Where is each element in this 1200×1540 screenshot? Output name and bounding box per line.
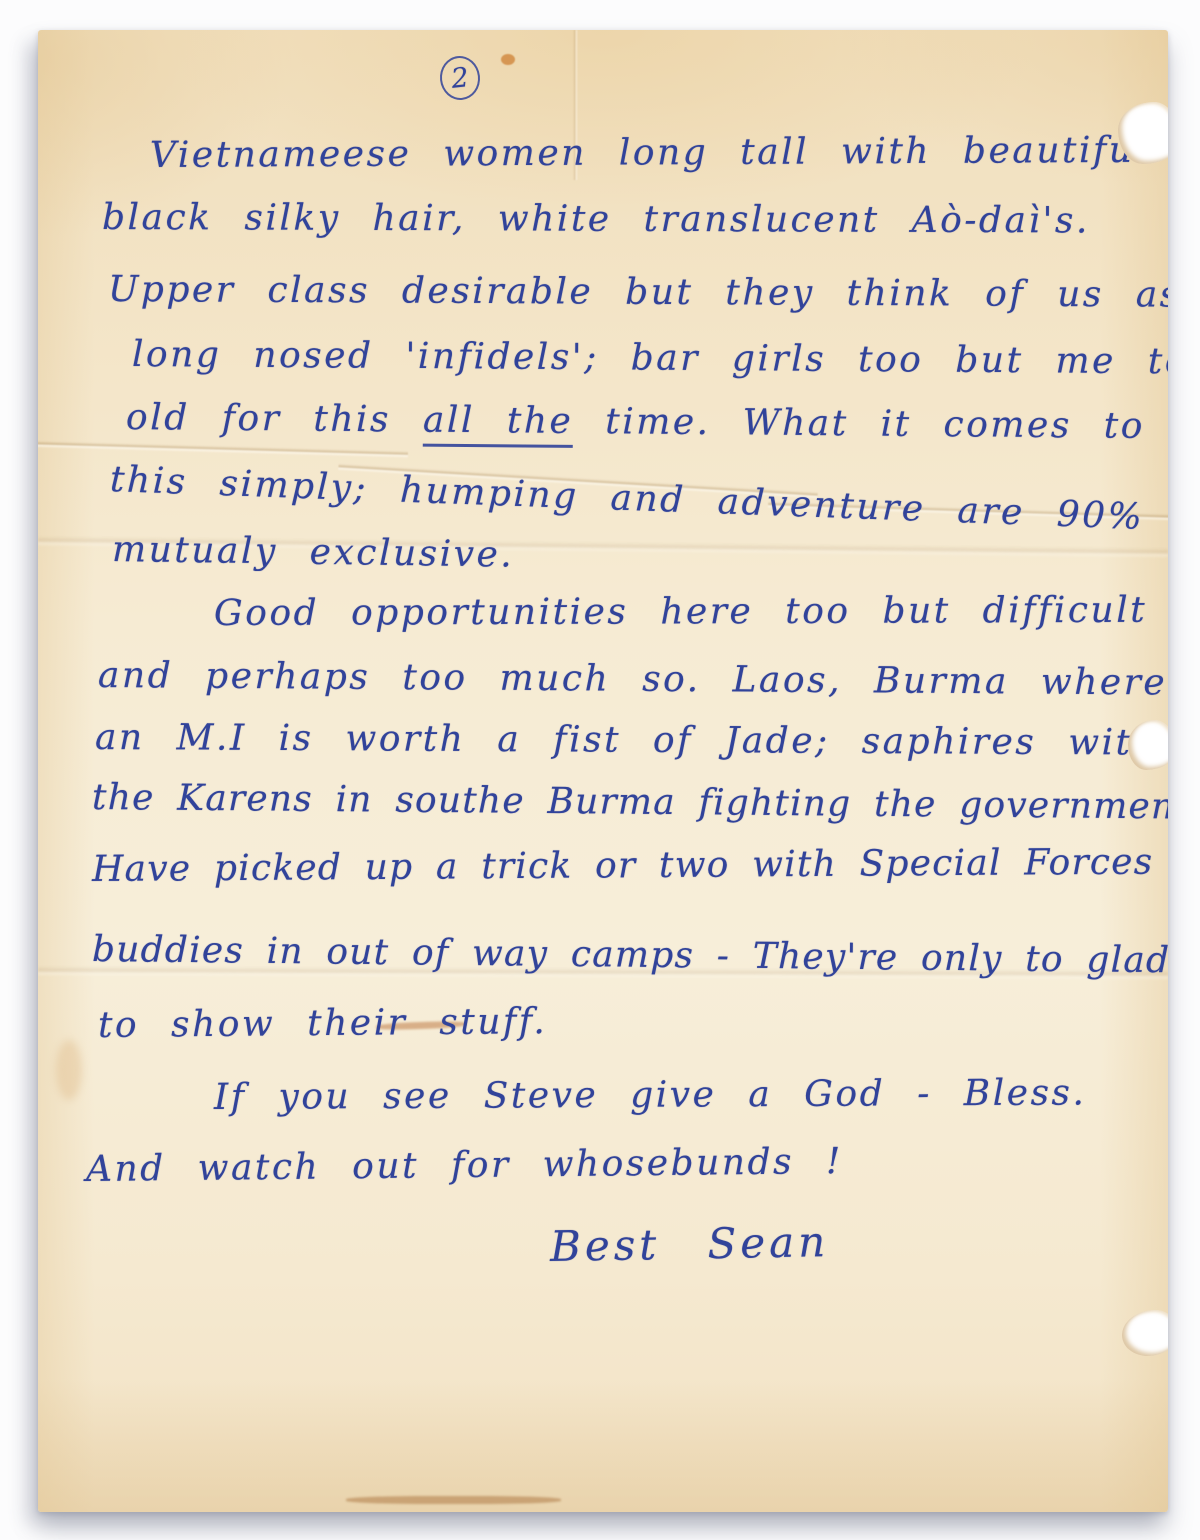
letter-line: If you see Steve give a God - Bless. xyxy=(214,1075,1087,1116)
letter-line: long nosed 'infidels'; bar girls too but… xyxy=(132,337,1168,381)
signature: Best Sean xyxy=(550,1221,830,1268)
letter-line: buddies in out of way camps - They're on… xyxy=(92,932,1168,979)
letter-line: an M.I is worth a fist of Jade; saphires… xyxy=(95,720,1158,762)
letter-page: 2 Vietnameese women long tall with beaut… xyxy=(38,30,1168,1512)
paper-tear xyxy=(1118,102,1168,164)
fold-crease xyxy=(38,441,408,459)
letter-line: and perhaps too much so. Laos, Burma whe… xyxy=(98,658,1167,701)
page-number-badge: 2 xyxy=(438,54,482,102)
page-number: 2 xyxy=(450,62,470,95)
stain xyxy=(56,1040,82,1100)
letter-line: the Karens in southe Burma fighting the … xyxy=(92,780,1168,826)
letter-line: black silky hair, white translucent Aò-d… xyxy=(102,200,1090,239)
letter-line: Upper class desirable but they think of … xyxy=(108,272,1168,314)
letter-line: old for this all the time. What it comes… xyxy=(126,400,1168,445)
letter-line: And watch out for whosebunds ! xyxy=(86,1144,843,1188)
underlined-phrase: all the xyxy=(423,400,574,448)
stain xyxy=(346,1496,561,1504)
letter-line: Have picked up a trick or two with Speci… xyxy=(92,845,1154,888)
paper-tear xyxy=(1122,1310,1168,1356)
letter-line: Vietnameese women long tall with beautif… xyxy=(150,133,1149,174)
paper-tear xyxy=(1128,720,1168,770)
letter-line: mutualy exclusive. xyxy=(112,532,515,574)
letter-line: to show their stuff. xyxy=(98,1004,548,1044)
letter-line: Good opportunities here too but difficul… xyxy=(214,593,1147,632)
letter-line: this simply; humping and adventure are 9… xyxy=(109,462,1145,536)
stain xyxy=(501,54,515,65)
